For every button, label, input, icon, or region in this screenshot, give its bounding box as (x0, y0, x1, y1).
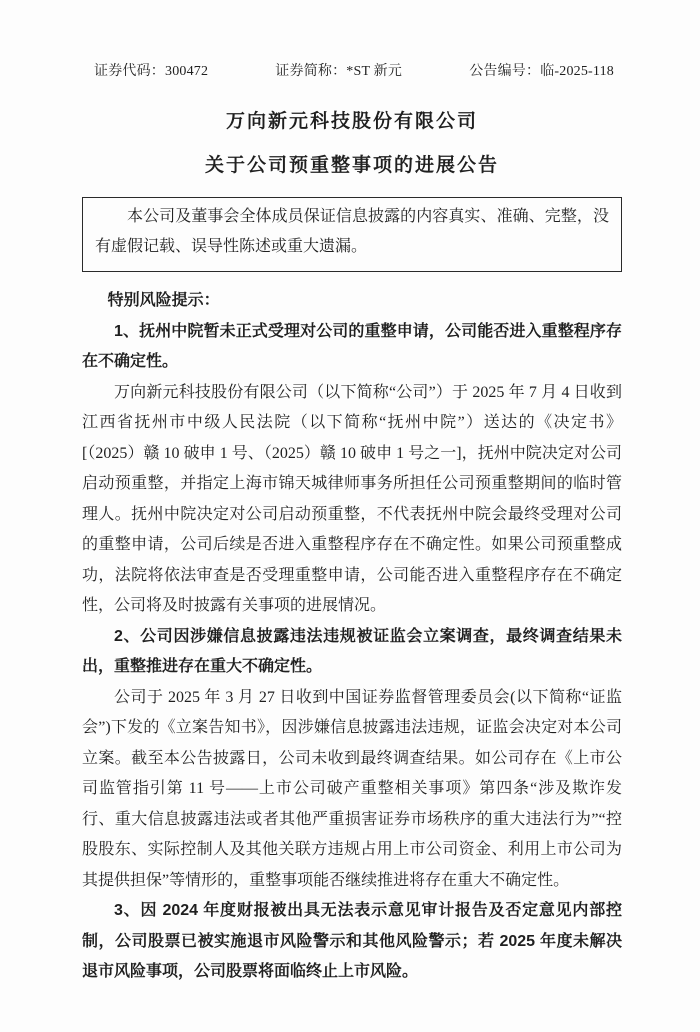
stock-abbr: 证券简称：*ST 新元 (275, 60, 402, 80)
stock-code-label: 证券代码： (94, 64, 165, 79)
declaration-box: 本公司及董事会全体成员保证信息披露的内容真实、准确、完整，没有虚假记载、误导性陈… (82, 197, 622, 272)
announcement-number-label: 公告编号： (469, 64, 540, 79)
announcement-number-value: 临-2025-118 (540, 64, 614, 79)
special-risk-heading: 特别风险提示： (82, 286, 622, 317)
risk-item-2-heading: 2、公司因涉嫌信息披露违法违规被证监会立案调查，最终调查结果未出，重整推进存在重… (82, 622, 622, 683)
risk-item-1-heading: 1、抚州中院暂未正式受理对公司的重整申请，公司能否进入重整程序存在不确定性。 (82, 317, 622, 378)
declaration-text: 本公司及董事会全体成员保证信息披露的内容真实、准确、完整，没有虚假记载、误导性陈… (95, 202, 609, 262)
stock-code: 证券代码：300472 (94, 60, 208, 80)
announcement-title: 关于公司预重整事项的进展公告 (82, 150, 622, 177)
announcement-document: 证券代码：300472 证券简称：*ST 新元 公告编号：临-2025-118 … (0, 0, 700, 1032)
stock-code-value: 300472 (165, 64, 208, 79)
announcement-number: 公告编号：临-2025-118 (469, 60, 614, 80)
risk-item-3-heading: 3、因 2024 年度财报被出具无法表示意见审计报告及否定意见内部控制，公司股票… (82, 896, 622, 988)
risk-item-2-body: 公司于 2025 年 3 月 27 日收到中国证券监督管理委员会(以下简称“证监… (82, 683, 622, 897)
stock-abbr-label: 证券简称： (275, 64, 346, 79)
company-name-title: 万向新元科技股份有限公司 (82, 106, 622, 133)
document-header: 证券代码：300472 证券简称：*ST 新元 公告编号：临-2025-118 (82, 60, 622, 80)
stock-abbr-value: *ST 新元 (346, 64, 402, 79)
risk-item-1-body: 万向新元科技股份有限公司（以下简称“公司”）于 2025 年 7 月 4 日收到… (82, 378, 622, 622)
